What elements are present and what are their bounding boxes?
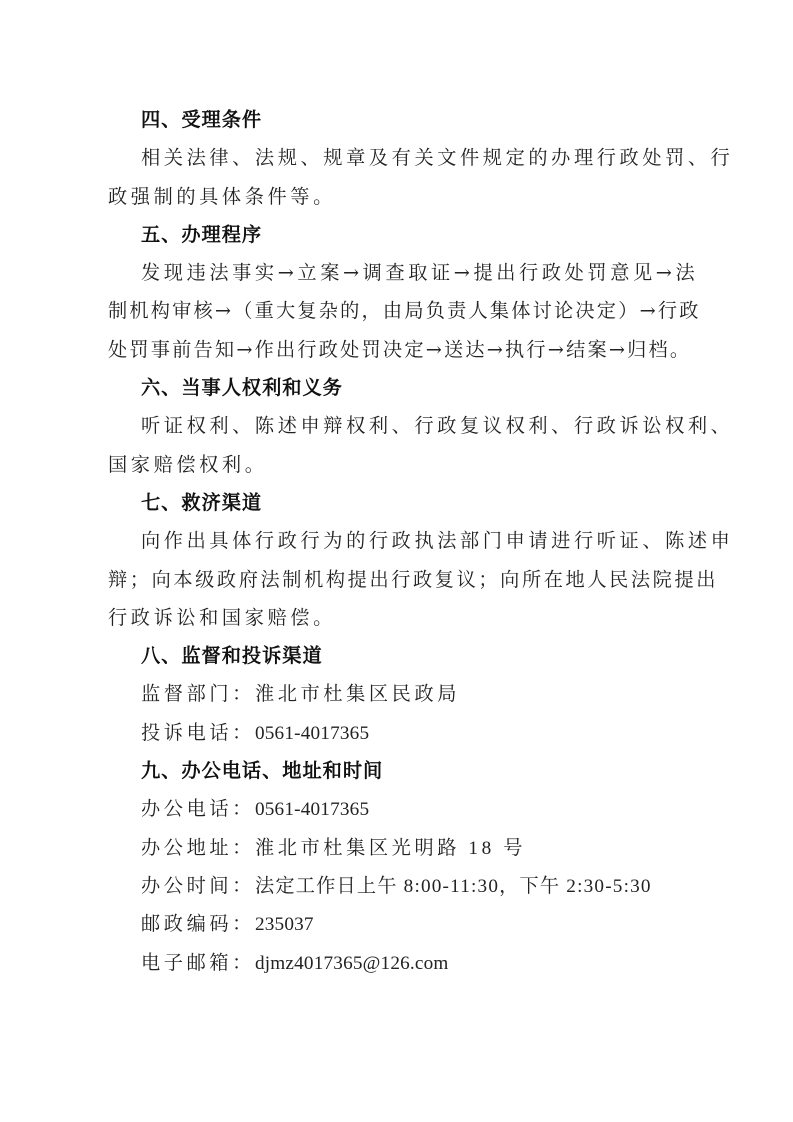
field-email: 电子邮箱：djmz4017365@126.com xyxy=(108,944,698,982)
section-heading-office-info: 九、办公电话、地址和时间 xyxy=(108,752,698,790)
field-value: djmz4017365@126.com xyxy=(255,953,449,974)
paragraph-line: 国家赔偿权利。 xyxy=(108,446,698,484)
paragraph-line: 政强制的具体条件等。 xyxy=(108,178,698,216)
field-office-address: 办公地址：淮北市杜集区光明路 18 号 xyxy=(108,829,698,867)
paragraph-line: 相关法律、法规、规章及有关文件规定的办理行政处罚、行 xyxy=(108,139,698,177)
section-heading-rights-obligations: 六、当事人权利和义务 xyxy=(108,369,698,407)
field-label: 电子邮箱： xyxy=(141,951,255,974)
field-value: 淮北市杜集区民政局 xyxy=(255,684,460,705)
paragraph-line: 听证权利、陈述申辩权利、行政复议权利、行政诉讼权利、 xyxy=(108,407,698,445)
field-value: 淮北市杜集区光明路 18 号 xyxy=(255,838,526,859)
paragraph-line: 发现违法事实→立案→调查取证→提出行政处罚意见→法 xyxy=(108,254,698,292)
field-office-phone: 办公电话：0561-4017365 xyxy=(108,790,698,828)
field-label: 监督部门： xyxy=(141,682,255,705)
field-label: 投诉电话： xyxy=(141,721,255,744)
paragraph-line: 制机构审核→（重大复杂的，由局负责人集体讨论决定）→行政 xyxy=(108,292,698,330)
document-page: 四、受理条件 相关法律、法规、规章及有关文件规定的办理行政处罚、行 政强制的具体… xyxy=(108,101,698,982)
section-heading-acceptance-conditions: 四、受理条件 xyxy=(108,101,698,139)
field-value: 0561-4017365 xyxy=(255,723,369,744)
section-heading-procedure: 五、办理程序 xyxy=(108,216,698,254)
field-value: 0561-4017365 xyxy=(255,799,369,820)
paragraph-line: 处罚事前告知→作出行政处罚决定→送达→执行→结案→归档。 xyxy=(108,331,698,369)
paragraph-line: 行政诉讼和国家赔偿。 xyxy=(108,599,698,637)
paragraph-line: 向作出具体行政行为的行政执法部门申请进行听证、陈述申 xyxy=(108,522,698,560)
field-label: 邮政编码： xyxy=(141,912,255,935)
field-supervising-department: 监督部门：淮北市杜集区民政局 xyxy=(108,675,698,713)
section-heading-remedy-channels: 七、救济渠道 xyxy=(108,484,698,522)
field-value: 法定工作日上午 8:00-11:30，下午 2:30-5:30 xyxy=(255,876,652,897)
paragraph-line: 辩；向本级政府法制机构提出行政复议；向所在地人民法院提出 xyxy=(108,561,698,599)
field-postal-code: 邮政编码：235037 xyxy=(108,905,698,943)
field-value: 235037 xyxy=(255,914,314,935)
field-label: 办公地址： xyxy=(141,836,255,859)
field-office-hours: 办公时间：法定工作日上午 8:00-11:30，下午 2:30-5:30 xyxy=(108,867,698,905)
field-complaint-phone: 投诉电话：0561-4017365 xyxy=(108,714,698,752)
field-label: 办公电话： xyxy=(141,797,255,820)
field-label: 办公时间： xyxy=(141,874,255,897)
section-heading-supervision-complaints: 八、监督和投诉渠道 xyxy=(108,637,698,675)
